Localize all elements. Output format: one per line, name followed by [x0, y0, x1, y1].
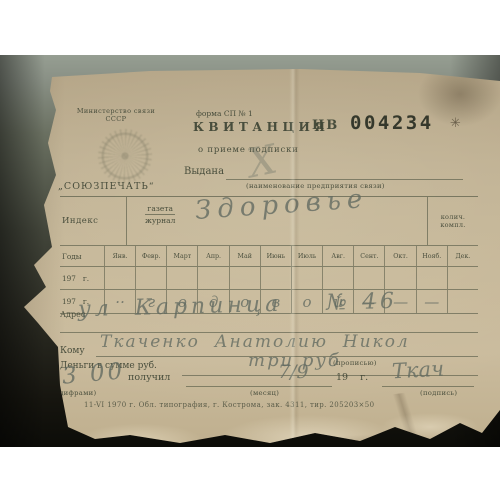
quantity-line2: компл. [440, 221, 465, 229]
month-header: Май [229, 246, 260, 266]
month-header: Апр. [197, 246, 228, 266]
rosette-icon: ✳ [450, 116, 461, 131]
month-cell [384, 267, 415, 289]
series-label: НВ [312, 118, 339, 133]
month-header: Дек. [447, 246, 478, 266]
words-hint: (прописью) [333, 359, 377, 367]
year-row-1: 197 г. [60, 267, 478, 290]
month-header: Сент. [353, 246, 384, 266]
years-label: Годы [60, 246, 104, 266]
ussr-emblem-stamp-icon [98, 129, 152, 183]
month-header: Янв. [104, 246, 135, 266]
quantity-line1: колич. [441, 213, 466, 221]
month-header: Февр. [135, 246, 166, 266]
publication-type-label: газета журнал [145, 204, 175, 225]
photo-background: Министерство связи СССР „СОЮЗПЕЧАТЬ“ фор… [0, 55, 500, 447]
ministry-label: Министерство связи СССР [60, 107, 172, 123]
month-cell [416, 267, 447, 289]
period-cell: — [416, 290, 447, 313]
form-number: форма СП № 1 [196, 109, 253, 118]
publication-type-magazine: журнал [145, 215, 175, 225]
month-cell [166, 267, 197, 289]
ministry-line1: Министерство связи [60, 107, 172, 115]
receipt-paper: Министерство связи СССР „СОЮЗПЕЧАТЬ“ фор… [0, 55, 500, 447]
month-header: Авг. [322, 246, 353, 266]
bottom-crumple-shading [0, 380, 500, 447]
quantity-label: колич. компл. [427, 197, 478, 245]
serial-number: 004234 [350, 112, 434, 134]
publication-type-newspaper: газета [145, 204, 175, 215]
month-header: Нояб. [416, 246, 447, 266]
month-cell [353, 267, 384, 289]
recipient-handwritten: Ткаченко Анатолию Никол [100, 332, 410, 352]
address-label: Адрес [60, 310, 85, 319]
recipient-label: Кому [60, 346, 85, 356]
issued-label: Выдана [184, 166, 224, 177]
months-header-row: Годы Янв. Февр. Март Апр. Май Июнь Июль … [60, 246, 478, 267]
month-cell [447, 267, 478, 289]
agency-label: „СОЮЗПЕЧАТЬ“ [58, 181, 155, 192]
ministry-line2: СССР [60, 115, 172, 123]
month-cell [229, 267, 260, 289]
year-label-1: 197 г. [60, 267, 104, 289]
period-cell [447, 290, 478, 313]
month-cell [104, 267, 135, 289]
receipt-title: КВИТАНЦИЯ [193, 120, 329, 134]
month-cell [322, 267, 353, 289]
month-header: Март [166, 246, 197, 266]
month-cell [197, 267, 228, 289]
index-label: Индекс [60, 197, 127, 245]
issued-blank-line [226, 179, 463, 180]
month-header: Окт. [384, 246, 415, 266]
month-cell [135, 267, 166, 289]
